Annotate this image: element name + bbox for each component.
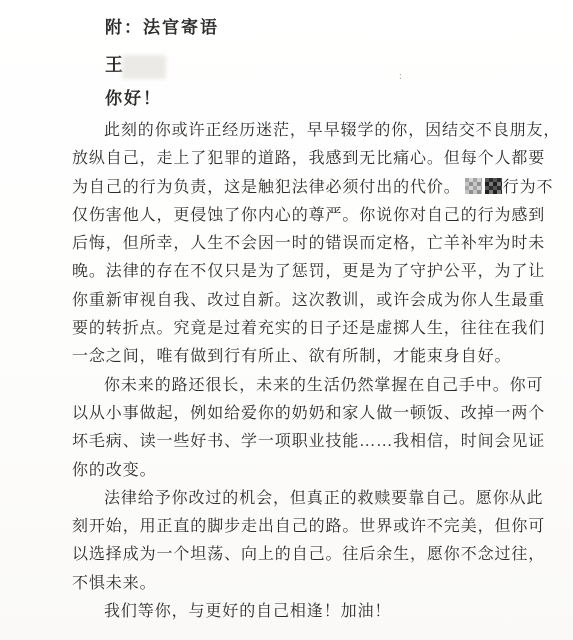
letter-line: 以从小事做起，例如给爱你的奶奶和家人做一顿饭、改掉一两个 [72,400,550,428]
letter-body: 此刻的你或许正经历迷茫，早早辍学的你，因结交不良朋友， 放纵自己，走上了犯罪的道… [72,117,550,626]
greeting-line: 你好！ [72,86,550,112]
letter-line: 要的转折点。究竟是过着充实的日子还是虚掷人生，往往在我们 [72,315,550,343]
letter-line: 放纵自己，走上了犯罪的道路，我感到无比痛心。但每个人都要 [72,145,550,173]
name-blur-redaction [122,55,166,79]
letter-line: 以选择成为一个坦荡、向上的自己。往后余生，愿你不念过往， [72,541,550,569]
letter-line: 我们等你，与更好的自己相逢！加油！ [72,598,550,626]
letter-line: 此刻的你或许正经历迷茫，早早辍学的你，因结交不良朋友， [72,117,550,145]
attachment-title: 附：法官寄语 [72,16,550,40]
recipient-name-line: 王 [72,51,550,79]
letter-line: 一念之间，唯有做到行有所止、欲有所制，才能束身自好。 [72,343,550,371]
letter-line: 坏毛病、读一些好书、学一项职业技能……我相信，时间会见证 [72,428,550,456]
line-text-before-redaction: 为自己的行为负责，这是触犯法律必须付出的代价。 [72,179,461,196]
letter-line: 后悔，但所幸，人生不会因一时的错误而定格，亡羊补牢为时未 [72,230,550,258]
mosaic-redaction-block-2 [485,178,502,194]
letter-line: 晚。法律的存在不仅只是为了惩罚，更是为了守护公平，为了让 [72,258,550,286]
letter-line: 仅伤害他人，更侵蚀了你内心的尊严。你说你对自己的行为感到 [72,202,550,230]
line-text-after-redaction: 行为不 [503,179,554,196]
letter-line-with-redaction: 为自己的行为负责，这是触犯法律必须付出的代价。行为不 [72,174,550,202]
letter-line: 你未来的路还很长，未来的生活仍然掌握在自己手中。你可 [72,372,550,400]
letter-line: 你的改变。 [72,457,550,485]
letter-line: 你重新审视自我、改过自新。这次教训，或许会成为你人生最重 [72,287,550,315]
scanned-letter-page: : : 附：法官寄语 王 你好！ 此刻的你或许正经历迷茫，早早辍学的你，因结交不… [0,0,573,640]
letter-line: 刻开始，用正直的脚步走出自己的路。世界或许不完美，但你可 [72,513,550,541]
mosaic-redaction-block-1 [465,178,482,194]
letter-line: 不惧未来。 [72,570,550,598]
letter-line: 法律给予你改过的机会，但真正的救赎要靠自己。愿你从此 [72,485,550,513]
letter-content: 附：法官寄语 王 你好！ 此刻的你或许正经历迷茫，早早辍学的你，因结交不良朋友，… [72,16,550,626]
